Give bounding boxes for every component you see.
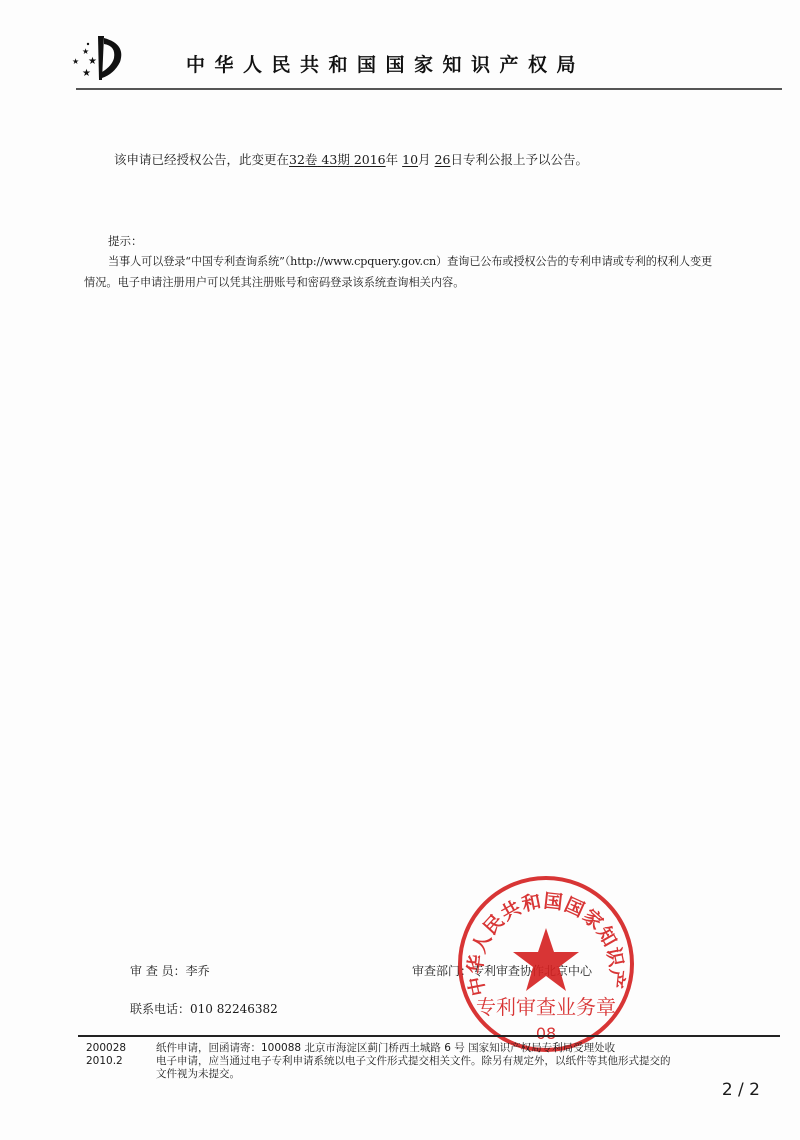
form-date: 2010.2 (86, 1055, 123, 1068)
official-seal: 中华人民共和国国家知识产权局 专利审查业务章 08 (456, 874, 636, 1054)
phone-number: 010 82246382 (190, 1002, 278, 1016)
tip-label: 提示： (108, 233, 143, 249)
phone: 联系电话：010 82246382 (130, 1000, 278, 1017)
form-code: 200028 (86, 1042, 126, 1055)
svg-text:★: ★ (82, 68, 91, 79)
tip-line-2: 情况。电子申请注册用户可以凭其注册账号和密码登录该系统查询相关内容。 (84, 274, 464, 290)
phone-label: 联系电话： (130, 1002, 190, 1016)
notice-day: 26 (435, 152, 451, 167)
footer-line-3: 文件视为未提交。 (156, 1068, 240, 1081)
notice-prefix: 该申请已经授权公告，此变更在 (114, 152, 289, 167)
seal-inner-text: 专利审查业务章 (476, 995, 616, 1019)
notice-suffix: 日专利公报上予以公告。 (450, 152, 588, 167)
footer-divider (78, 1035, 780, 1037)
notice-volume: 32卷 43期 2016 (289, 152, 386, 167)
office-title: 中华人民共和国国家知识产权局 (186, 50, 585, 77)
examiner-label: 审 查 员： (130, 964, 186, 978)
page-number: 2 / 2 (722, 1080, 760, 1100)
svg-text:★: ★ (88, 56, 97, 67)
header-divider (76, 88, 782, 90)
svg-text:★: ★ (82, 47, 89, 56)
footer-line-1: 纸件申请，回函请寄：100088 北京市海淀区蓟门桥西土城路 6 号 国家知识产… (156, 1042, 615, 1055)
tip-line-1: 当事人可以登录“中国专利查询系统”（http://www.cpquery.gov… (108, 253, 712, 269)
footer-line-2: 电子申请，应当通过电子专利申请系统以电子文件形式提交相关文件。除另有规定外，以纸… (156, 1055, 671, 1068)
seal-number: 08 (536, 1024, 556, 1043)
cnipa-logo-icon: ★ ★ ★ ★ (68, 34, 128, 84)
notice-month: 10 (402, 152, 418, 167)
examiner: 审 查 员：李乔 (130, 962, 210, 979)
notice-text: 该申请已经授权公告，此变更在32卷 43期 2016年 10月 26日专利公报上… (114, 150, 588, 168)
examiner-name: 李乔 (186, 964, 210, 978)
svg-text:★: ★ (72, 57, 79, 66)
